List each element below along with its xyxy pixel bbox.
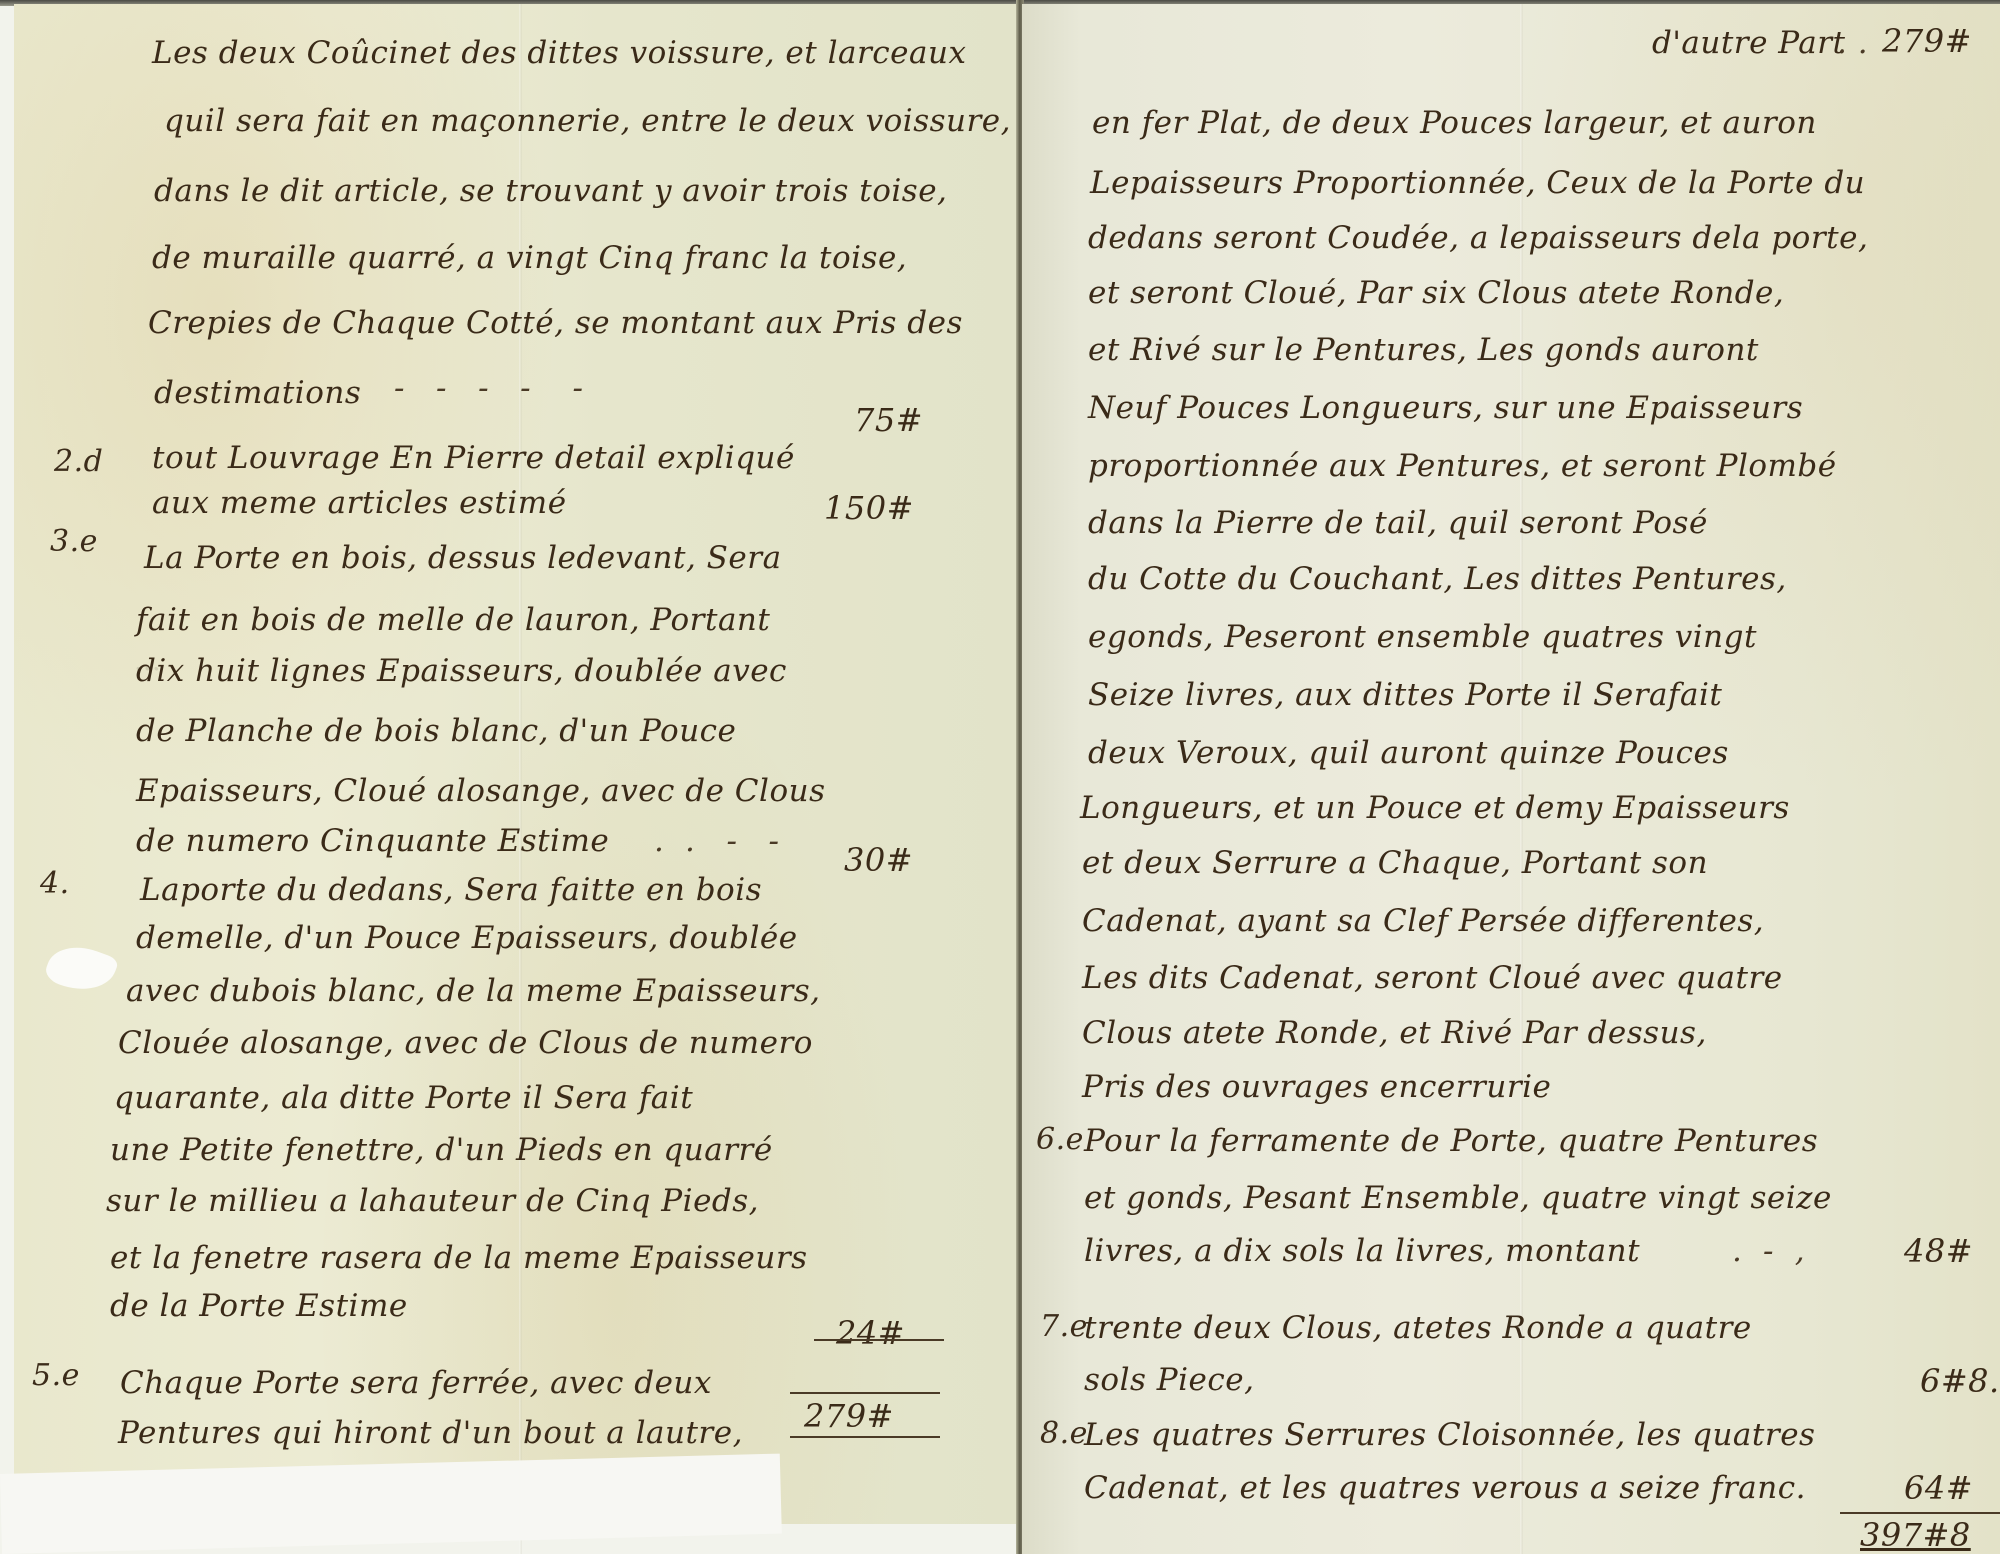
carried-forward-amount: 279# <box>1882 22 1972 60</box>
text-line: Crepies de Chaque Cotté, se montant aux … <box>148 304 963 342</box>
text-line: et deux Serrure a Chaque, Portant son <box>1082 844 1708 882</box>
amount: 64# <box>1904 1469 1973 1507</box>
text-line: egonds, Peseront ensemble quatres vingt <box>1088 618 1757 656</box>
text-line: destimations <box>154 374 361 412</box>
document-scan: ... Les deux Coûcinet des dittes voissur… <box>0 0 2000 1554</box>
text-line: et seront Cloué, Par six Clous atete Ron… <box>1088 274 1784 312</box>
amount: 150# <box>824 489 914 527</box>
item-number: 7.e <box>1040 1309 1088 1344</box>
item-number: 5.e <box>32 1358 80 1393</box>
subtotal-amount: 279# <box>804 1397 894 1435</box>
total-amount: 397#8 <box>1860 1516 1971 1554</box>
text-line: Clouée alosange, avec de Clous de numero <box>118 1024 813 1062</box>
text-line: dedans seront Coudée, a lepaisseurs dela… <box>1088 219 1868 257</box>
left-page: ... Les deux Coûcinet des dittes voissur… <box>14 4 1019 1524</box>
text-line: Les deux Coûcinet des dittes voissure, e… <box>152 34 966 72</box>
text-line: de numero Cinquante Estime <box>136 822 609 860</box>
text-line: Seize livres, aux dittes Porte il Serafa… <box>1088 676 1722 714</box>
amount: 75# <box>854 401 923 439</box>
text-line: trente deux Clous, atetes Ronde a quatre <box>1084 1309 1752 1347</box>
amount: 48# <box>1904 1232 1973 1270</box>
text-line: Les quatres Serrures Cloisonnée, les qua… <box>1084 1416 1815 1454</box>
right-page: d'autre Part . . 279# en fer Plat, de de… <box>1022 4 2000 1554</box>
item-number: 6.e <box>1036 1122 1084 1157</box>
item-number: 3.e <box>50 524 98 559</box>
text-line: Chaque Porte sera ferrée, avec deux <box>120 1364 712 1402</box>
text-line: dans le dit article, se trouvant y avoir… <box>154 172 947 210</box>
text-line: La Porte en bois, dessus ledevant, Sera <box>144 539 782 577</box>
text-line: fait en bois de melle de lauron, Portant <box>136 601 770 639</box>
subtotal-rule-top <box>790 1392 940 1394</box>
total-rule <box>1840 1512 2000 1514</box>
text-line: Laporte du dedans, Sera faitte en bois <box>140 871 762 909</box>
text-line: deux Verouх, quil auront quinze Pouces <box>1088 734 1729 772</box>
text-line: livres, a dix sols la livres, montant <box>1084 1232 1640 1270</box>
text-line: proportionnée aux Pentures, et seront Pl… <box>1088 447 1837 485</box>
amount: 30# <box>844 841 913 879</box>
paper-hole <box>42 937 119 1001</box>
text-line: du Cotte du Couchant, Les dittes Penture… <box>1088 560 1787 598</box>
item-number: 8.e <box>1040 1416 1088 1451</box>
text-line: Longueurs, et un Pouce et demy Epaisseur… <box>1080 789 1790 827</box>
amount: 6#8. <box>1920 1362 2000 1400</box>
text-line: tout Louvrage En Pierre detail expliqué <box>152 439 795 477</box>
text-line: Epaisseurs, Cloué alosange, avec de Clou… <box>136 772 825 810</box>
sum-rule <box>814 1339 944 1341</box>
text-line: de Planche de bois blanc, d'un Pouce <box>136 712 736 750</box>
text-line: Pour la ferramente de Porte, quatre Pent… <box>1084 1122 1818 1160</box>
text-line: Pentures qui hiront d'un bout a lautre, <box>118 1414 743 1452</box>
carried-forward-label: d'autre Part <box>1652 24 1846 62</box>
text-line: Lepaisseurs Proportionnée, Ceux de la Po… <box>1090 164 1865 202</box>
text-line: une Petite fenettre, d'un Pieds en quarr… <box>110 1131 773 1169</box>
item-number: 4. <box>40 866 70 901</box>
text-line: sols Piece, <box>1084 1361 1254 1399</box>
leader-dashes: . . - - <box>654 822 780 860</box>
text-line: aux meme articles estimé <box>152 484 567 522</box>
leader-dots: . . <box>1837 24 1868 62</box>
text-line: Clous atete Ronde, et Rivé Par dessus, <box>1082 1014 1707 1052</box>
text-line: dans la Pierre de tail, quil seront Posé <box>1088 504 1708 542</box>
text-line: Cadenat, ayant sa Clef Persée differente… <box>1082 902 1764 940</box>
text-line: de muraille quarré, a vingt Cinq franc l… <box>152 239 907 277</box>
leader-dashes: . - , <box>1732 1232 1805 1270</box>
text-line: quarante, ala ditte Porte il Sera fait <box>114 1079 693 1117</box>
text-line: dix huit lignes Epaisseurs, doublée avec <box>136 652 787 690</box>
text-line: Neuf Pouces Longueurs, sur une Epaisseur… <box>1088 389 1803 427</box>
text-line: et gonds, Pesant Ensemble, quatre vingt … <box>1084 1179 1832 1217</box>
text-line: et Rivé sur le Pentures, Les gonds auron… <box>1088 331 1759 369</box>
item-number: 2.d <box>54 444 103 479</box>
leader-dashes: - - - - - <box>394 369 583 407</box>
text-line: et la fenetre rasera de la meme Epaisseu… <box>110 1239 808 1277</box>
text-line: demelle, d'un Pouce Epaisseurs, doublée <box>136 919 798 957</box>
text-line: en fer Plat, de deux Pouces largeur, et … <box>1092 104 1817 142</box>
amount: 24# <box>836 1314 905 1352</box>
text-line: avec dubois blanc, de la meme Epaisseurs… <box>126 972 821 1010</box>
text-line: Pris des ouvrages encerrurie <box>1082 1068 1551 1106</box>
text-line: quil sera fait en maçonnerie, entre le d… <box>164 102 1011 140</box>
text-line: sur le millieu a lahauteur de Cinq Pieds… <box>106 1182 759 1220</box>
subtotal-rule-bottom <box>790 1436 940 1438</box>
text-line: de la Porte Estime <box>110 1287 408 1325</box>
text-line: Les dits Cadenat, seront Cloué avec quat… <box>1082 959 1783 997</box>
text-line: Cadenat, et les quatres verous a seize f… <box>1084 1469 1806 1507</box>
